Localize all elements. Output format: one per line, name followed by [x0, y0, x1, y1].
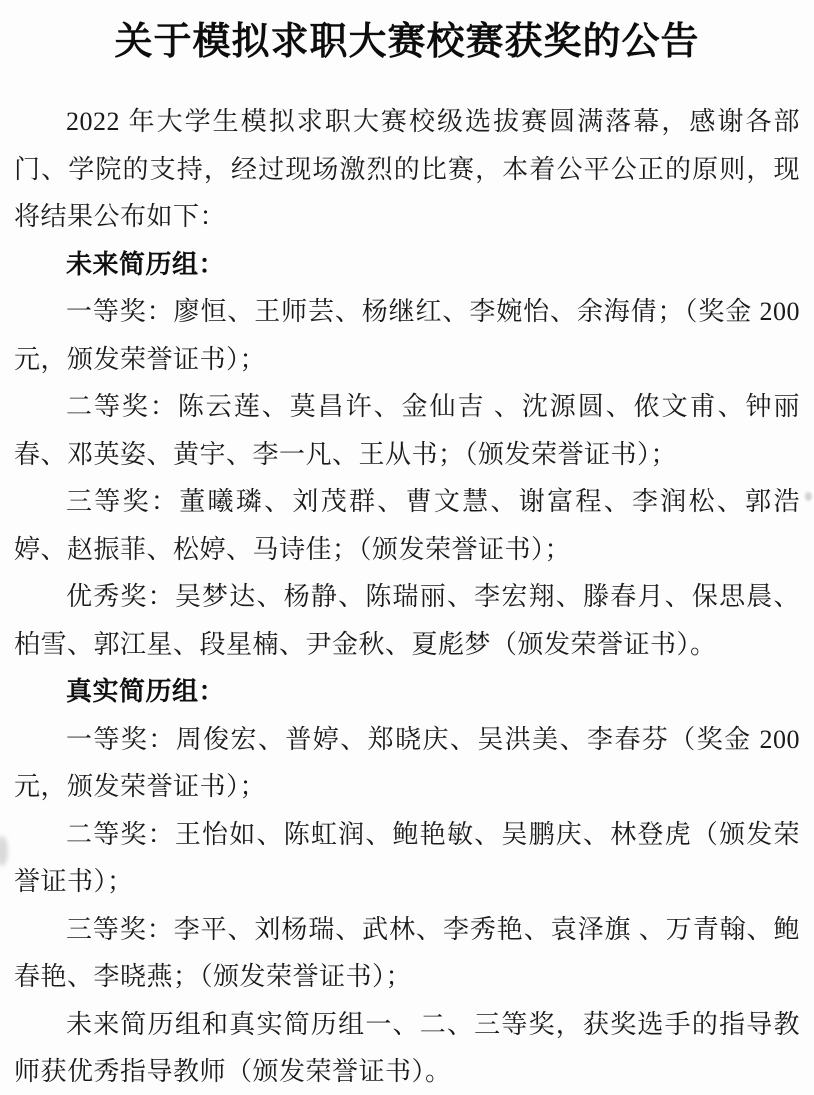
scan-smudge	[0, 836, 8, 866]
intro-paragraph: 2022 年大学生模拟求职大赛校级选拔赛圆满落幕，感谢各部门、学院的支持，经过现…	[14, 98, 800, 241]
real-group-third-prize-line: 三等奖：李平、刘杨瑞、武林、李秀艳、袁泽旗 、万青翰、鲍春艳、李晓燕；（颁发荣誉…	[14, 906, 800, 1001]
future-group-excellence-prize-line: 优秀奖：吴梦达、杨静、陈瑞丽、李宏翔、滕春月、保思晨、柏雪、郭江星、段星楠、尹金…	[14, 573, 800, 668]
document-title: 关于模拟求职大赛校赛获奖的公告	[14, 16, 800, 68]
future-group-first-prize-line: 一等奖：廖恒、王师芸、杨继红、李婉怡、余海倩；（奖金 200 元，颁发荣誉证书）…	[14, 288, 800, 383]
closing-paragraph: 未来简历组和真实简历组一、二、三等奖，获奖选手的指导教师获优秀指导教师（颁发荣誉…	[14, 1001, 800, 1095]
real-group-first-prize-line: 一等奖：周俊宏、普婷、郑晓庆、吴洪美、李春芬（奖金 200 元，颁发荣誉证书）；	[14, 716, 800, 811]
future-group-second-prize-line: 二等奖：陈云莲、莫昌许、金仙吉 、沈源圆、侬文甫、钟丽春、邓英姿、黄宇、李一凡、…	[14, 383, 800, 478]
scan-speck	[805, 492, 812, 501]
section-heading-real-resume-group: 真实简历组：	[14, 668, 800, 716]
future-group-third-prize-line: 三等奖：董曦璘、刘茂群、曹文慧、谢富程、李润松、郭浩婷、赵振菲、松婷、马诗佳；（…	[14, 478, 800, 573]
announcement-page: 关于模拟求职大赛校赛获奖的公告 2022 年大学生模拟求职大赛校级选拔赛圆满落幕…	[0, 0, 814, 1095]
real-group-second-prize-line: 二等奖：王怡如、陈虹润、鲍艳敏、吴鹏庆、林登虎（颁发荣誉证书）；	[14, 811, 800, 906]
section-heading-future-resume-group: 未来简历组：	[14, 241, 800, 289]
